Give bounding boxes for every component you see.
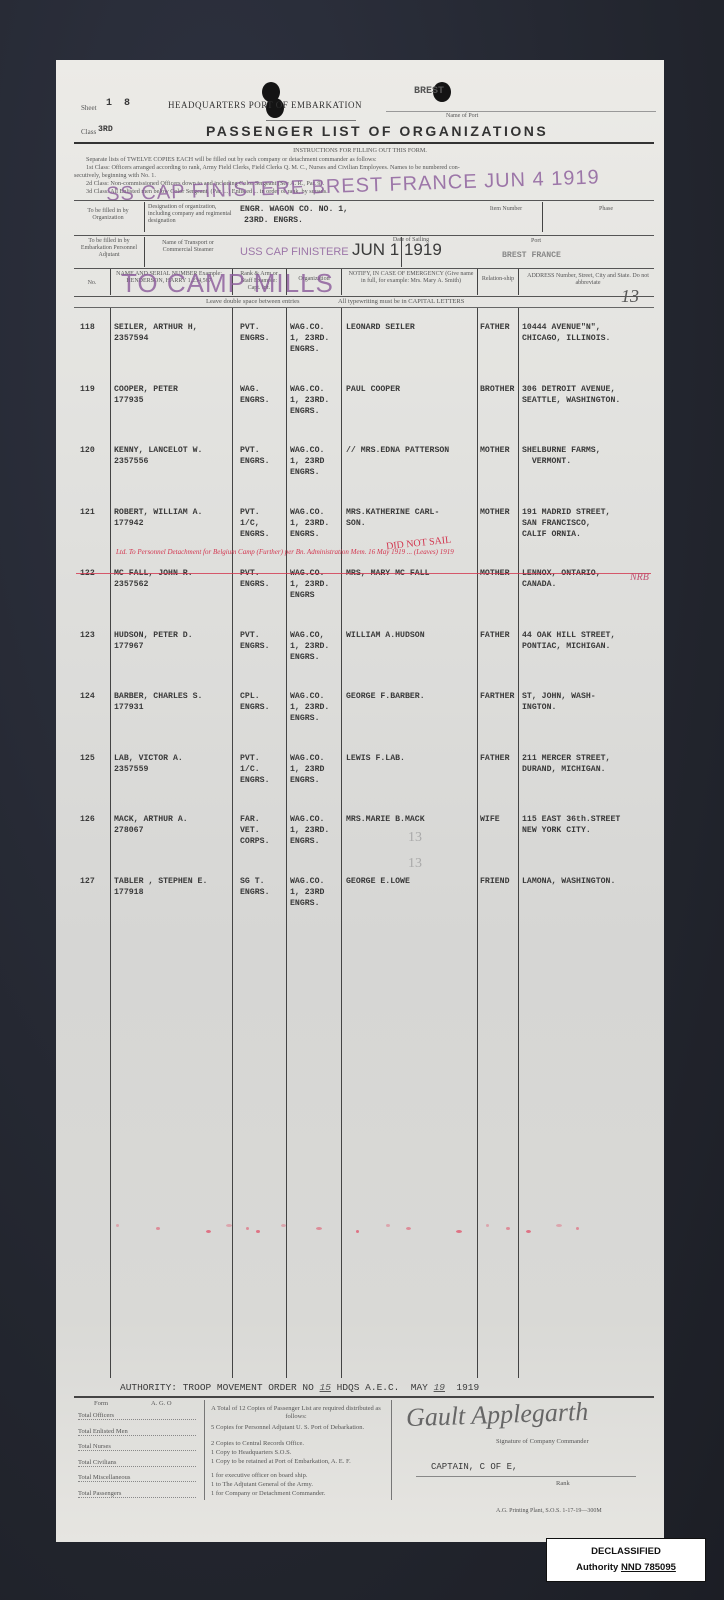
cell-address: LENNOX, ONTARIO, CANADA. bbox=[522, 568, 601, 590]
cell-notify: GEORGE F.BARBER. bbox=[346, 691, 425, 702]
total-field: Total Nurses bbox=[78, 1443, 196, 1451]
signature: Gault Applegarth bbox=[406, 1397, 589, 1433]
cell-notify: PAUL COOPER bbox=[346, 384, 400, 395]
ink-speckle bbox=[206, 1230, 211, 1233]
transport-value: USS CAP FINISTERE bbox=[240, 246, 349, 258]
phase-label: Phase bbox=[576, 206, 636, 213]
class-value: 3RD bbox=[98, 124, 113, 135]
cell-name: SEILER, ARTHUR H, 2357594 bbox=[114, 322, 198, 344]
form-label: Form bbox=[94, 1400, 108, 1407]
instructions-line: secutively, beginning with No. 1. bbox=[74, 172, 156, 180]
cell-name: BARBER, CHARLES S. 177931 bbox=[114, 691, 202, 713]
cell-address: 44 OAK HILL STREET, PONTIAC, MICHIGAN. bbox=[522, 630, 615, 652]
ink-speckle bbox=[256, 1230, 260, 1233]
cell-address: 211 MERCER STREET, DURAND, MICHIGAN. bbox=[522, 753, 610, 775]
cell-no: 119 bbox=[80, 384, 95, 395]
camp-stamp: TO CAMP MILLS bbox=[121, 268, 334, 299]
ink-speckle bbox=[226, 1224, 232, 1227]
cell-rank: WAG. ENGRS. bbox=[240, 384, 269, 406]
cell-address: 115 EAST 36th.STREET NEW YORK CITY. bbox=[522, 814, 620, 836]
red-annotation: Ltd. To Personnel Detachment for Belgium… bbox=[116, 548, 666, 556]
cell-rank: PVT. ENGRS. bbox=[240, 445, 269, 467]
ink-speckle bbox=[246, 1227, 249, 1230]
port-caption: Name of Port bbox=[446, 113, 478, 119]
cell-name: KENNY, LANCELOT W. 2357556 bbox=[114, 445, 202, 467]
cell-org: WAG.CO. 1, 23RD. ENGRS. bbox=[290, 384, 329, 417]
designation-label: Designation of organization, including c… bbox=[148, 204, 233, 225]
cell-org: WAG.CO. 1, 23RD. ENGRS. bbox=[290, 691, 329, 724]
cell-org: WAG.CO. 1, 23RD ENGRS. bbox=[290, 445, 324, 478]
copy-distribution-item: 1 Copy to Headquarters S.O.S. bbox=[211, 1449, 386, 1456]
cell-address: 10444 AVENUE"N", CHICAGO, ILLINOIS. bbox=[522, 322, 610, 344]
cell-relation: FATHER bbox=[480, 630, 509, 641]
cell-no: 124 bbox=[80, 691, 95, 702]
total-field: Total Civilians bbox=[78, 1459, 196, 1467]
cell-rank: PVT. ENGRS. bbox=[240, 630, 269, 652]
page-title: PASSENGER LIST OF ORGANIZATIONS bbox=[206, 123, 548, 139]
cell-notify: GEORGE E.LOWE bbox=[346, 876, 410, 887]
item-number-label: Item Number bbox=[476, 206, 536, 213]
designation-value: ENGR. WAGON CO. NO. 1, bbox=[240, 204, 348, 215]
form-code: A. G. O bbox=[151, 1400, 172, 1407]
copy-distribution-item: 5 Copies for Personnel Adjutant U. S. Po… bbox=[211, 1424, 386, 1431]
ink-speckle bbox=[526, 1230, 531, 1233]
declassified-title: DECLASSIFIED bbox=[547, 1546, 705, 1557]
strike-through-line bbox=[76, 573, 651, 574]
filed-by-adj-label: To be filled in by Embarkation Personnel… bbox=[74, 238, 144, 259]
ink-speckle bbox=[316, 1227, 322, 1230]
cell-notify: LEONARD SEILER bbox=[346, 322, 415, 333]
col-header-no: No. bbox=[74, 280, 110, 287]
designation-value: 23RD. ENGRS. bbox=[244, 215, 303, 226]
declassified-authority: Authority NND 785095 bbox=[547, 1562, 705, 1573]
cell-relation: FATHER bbox=[480, 322, 509, 333]
cell-relation: MOTHER bbox=[480, 445, 509, 456]
instructions-heading: INSTRUCTIONS FOR FILLING OUT THIS FORM. bbox=[56, 147, 664, 155]
ink-speckle bbox=[556, 1224, 562, 1227]
copy-distribution-item: 1 for executive officer on board ship. bbox=[211, 1472, 386, 1479]
total-field: Total Officers bbox=[78, 1412, 196, 1420]
cell-name: TABLER , STEPHEN E. 177918 bbox=[114, 876, 207, 898]
ink-speckle bbox=[576, 1227, 579, 1230]
copy-distribution-item: 2 Copies to Central Records Office. bbox=[211, 1440, 386, 1447]
cell-rank: PVT. 1/C. ENGRS. bbox=[240, 753, 269, 786]
ink-speckle bbox=[386, 1224, 390, 1227]
filed-by-org-label: To be filled in by Organization bbox=[78, 208, 138, 222]
rank-caption: Rank bbox=[556, 1480, 570, 1487]
cell-org: WAG.CO. 1, 23RD ENGRS. bbox=[290, 876, 324, 909]
cell-relation: FARTHER bbox=[480, 691, 514, 702]
cell-address: ST, JOHN, WASH- INGTON. bbox=[522, 691, 596, 713]
cell-rank: SG T. ENGRS. bbox=[240, 876, 269, 898]
cell-name: MC FALL, JOHN R. 2357562 bbox=[114, 568, 193, 590]
cell-org: WAG.CO. 1, 23RD ENGRS. bbox=[290, 753, 324, 786]
cell-relation: WIFE bbox=[480, 814, 500, 825]
cell-rank: CPL. ENGRS. bbox=[240, 691, 269, 713]
date-stamp: JUN 1 1919 bbox=[352, 240, 442, 260]
handwritten-number: 13 bbox=[621, 286, 639, 307]
instructions-line: Separate lists of TWELVE COPIES EACH wil… bbox=[86, 156, 377, 164]
note-left: Leave double space between entries bbox=[206, 298, 299, 305]
cell-notify: WILLIAM A.HUDSON bbox=[346, 630, 425, 641]
cell-org: WAG.CO. 1, 23RD. ENGRS. bbox=[290, 814, 329, 847]
authority-line: AUTHORITY: TROOP MOVEMENT ORDER NO 15 HD… bbox=[120, 1382, 479, 1393]
transport-label: Name of Transport or Commercial Steamer bbox=[148, 240, 228, 254]
hq-label: HEADQUARTERS PORT OF EMBARKATION bbox=[168, 100, 362, 110]
copies-heading: A Total of 12 Copies of Passenger List a… bbox=[211, 1405, 381, 1421]
cell-name: HUDSON, PETER D. 177967 bbox=[114, 630, 193, 652]
cell-no: 118 bbox=[80, 322, 95, 333]
cell-no: 120 bbox=[80, 445, 95, 456]
cell-relation: FRIEND bbox=[480, 876, 509, 887]
passenger-list-document: Sheet 1 8 HEADQUARTERS PORT OF EMBARKATI… bbox=[56, 60, 664, 1542]
cell-org: WAG.CO. 1, 23RD. ENGRS. bbox=[290, 507, 329, 540]
handwritten-number: 13 bbox=[408, 830, 422, 846]
cell-no: 126 bbox=[80, 814, 95, 825]
cell-notify: MRS.KATHERINE CARL- SON. bbox=[346, 507, 439, 529]
cell-address: 191 MADRID STREET, SAN FRANCISCO, CALIF … bbox=[522, 507, 610, 540]
port-label: Port bbox=[516, 238, 556, 245]
cell-name: COOPER, PETER 177935 bbox=[114, 384, 178, 406]
total-field: Total Miscellaneous bbox=[78, 1474, 196, 1482]
cell-org: WAG.CO. 1, 23RD. ENGRS. bbox=[290, 322, 329, 355]
note-right: All typewriting must be in CAPITAL LETTE… bbox=[338, 298, 464, 305]
cell-name: LAB, VICTOR A. 2357559 bbox=[114, 753, 183, 775]
cell-name: MACK, ARTHUR A. 278067 bbox=[114, 814, 188, 836]
cell-no: 121 bbox=[80, 507, 95, 518]
cell-no: 125 bbox=[80, 753, 95, 764]
cell-notify: // MRS.EDNA PATTERSON bbox=[346, 445, 449, 456]
cell-rank: PVT. ENGRS. bbox=[240, 322, 269, 344]
col-header-notify: NOTIFY, IN CASE OF EMERGENCY (Give name … bbox=[346, 271, 476, 285]
cell-org: WAG.CO, 1, 23RD. ENGRS. bbox=[290, 630, 329, 663]
copy-distribution-item: 1 for Company or Detachment Commander. bbox=[211, 1490, 386, 1497]
ink-speckle bbox=[156, 1227, 160, 1230]
ink-speckle bbox=[456, 1230, 462, 1233]
declassified-label: DECLASSIFIED Authority NND 785095 bbox=[546, 1538, 706, 1582]
cell-no: 123 bbox=[80, 630, 95, 641]
ink-speckle bbox=[406, 1227, 411, 1230]
col-header-address: ADDRESS Number, Street, City and State. … bbox=[522, 273, 654, 287]
cell-rank: PVT. ENGRS. bbox=[240, 568, 269, 590]
cell-relation: BROTHER bbox=[480, 384, 514, 395]
handwritten-number: 13 bbox=[408, 856, 422, 872]
port-field-value: BREST FRANCE bbox=[502, 250, 561, 261]
initials-note: NRB bbox=[630, 572, 649, 583]
cell-notify: LEWIS F.LAB. bbox=[346, 753, 405, 764]
cell-relation: FATHER bbox=[480, 753, 509, 764]
class-label: Class bbox=[81, 128, 96, 136]
signature-caption: Signature of Company Commander bbox=[496, 1438, 589, 1445]
total-field: Total Passengers bbox=[78, 1490, 196, 1498]
cell-notify: MRS.MARIE B.MACK bbox=[346, 814, 425, 825]
cell-address: SHELBURNE FARMS, VERMONT. bbox=[522, 445, 601, 467]
port-value: BREST bbox=[414, 86, 444, 97]
total-field: Total Enlisted Men bbox=[78, 1428, 196, 1436]
ink-speckle bbox=[356, 1230, 359, 1233]
ink-speckle bbox=[506, 1227, 510, 1230]
cell-address: LAMONA, WASHINGTON. bbox=[522, 876, 615, 887]
copy-distribution-item: 1 to The Adjutant General of the Army. bbox=[211, 1481, 386, 1488]
copy-distribution-item: 1 Copy to be retained at Port of Embarka… bbox=[211, 1458, 386, 1465]
cell-relation: MOTHER bbox=[480, 507, 509, 518]
ink-speckle bbox=[116, 1224, 119, 1227]
cell-no: 127 bbox=[80, 876, 95, 887]
cell-name: ROBERT, WILLIAM A. 177942 bbox=[114, 507, 202, 529]
cell-rank: FAR. VET. CORPS. bbox=[240, 814, 269, 847]
ink-speckle bbox=[281, 1224, 286, 1227]
ink-speckle bbox=[486, 1224, 489, 1227]
cell-rank: PVT. 1/C, ENGRS. bbox=[240, 507, 269, 540]
rank-value: CAPTAIN, C OF E, bbox=[431, 1462, 517, 1473]
cell-address: 306 DETROIT AVENUE, SEATTLE, WASHINGTON. bbox=[522, 384, 620, 406]
sheet-label: Sheet bbox=[81, 104, 97, 112]
col-header-relationship: Relation-ship bbox=[479, 276, 517, 283]
printer-note: A.G. Printing Plant, S.O.S. 1-17-19—300M bbox=[496, 1508, 602, 1514]
sheet-value: 1 8 bbox=[106, 98, 130, 109]
